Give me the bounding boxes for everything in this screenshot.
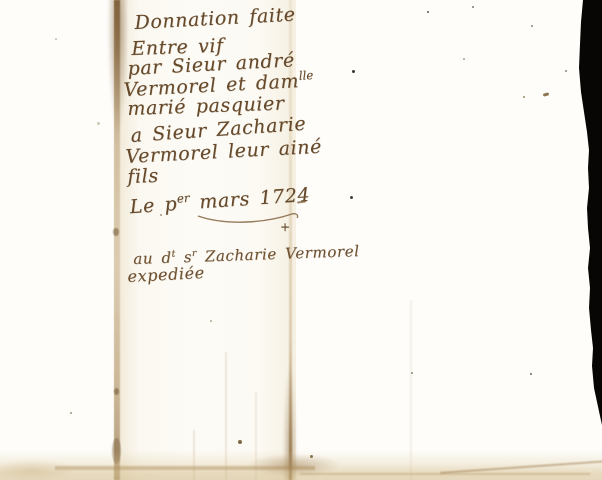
paper-speck xyxy=(70,412,72,414)
paper-speck xyxy=(238,440,242,444)
handwriting-text: + xyxy=(280,220,291,234)
paper-speck xyxy=(350,196,353,199)
paper-speck xyxy=(310,455,313,458)
paper-speck xyxy=(427,11,429,13)
handwriting-superscript: lle xyxy=(298,68,313,83)
handwriting-line: fils xyxy=(127,165,159,188)
paper-speck xyxy=(523,96,525,98)
paper-speck xyxy=(55,38,57,40)
handwriting-text: expediée xyxy=(127,263,205,286)
paper-speck xyxy=(97,122,100,125)
manuscript-scan: Donnation faite Entre vif par Sieur andr… xyxy=(0,0,602,480)
paper-speck xyxy=(210,320,212,322)
cross-ink-mark: + xyxy=(280,220,291,234)
paper-speck xyxy=(160,214,162,216)
handwriting-text: Le p xyxy=(129,193,178,218)
bottom-left-stain xyxy=(0,460,72,480)
paper-speck xyxy=(463,58,465,60)
handwriting-text: fils xyxy=(127,165,159,188)
paper-speck xyxy=(531,25,533,27)
paper-speck xyxy=(565,70,567,72)
paper-speck xyxy=(472,6,474,8)
paper-speck xyxy=(530,373,532,375)
paper-speck xyxy=(411,372,413,374)
bottom-stain-smudge xyxy=(248,454,340,476)
paper-speck xyxy=(352,70,355,73)
handwriting-line: expediée xyxy=(127,263,205,286)
handwriting-superscript: er xyxy=(176,191,190,206)
